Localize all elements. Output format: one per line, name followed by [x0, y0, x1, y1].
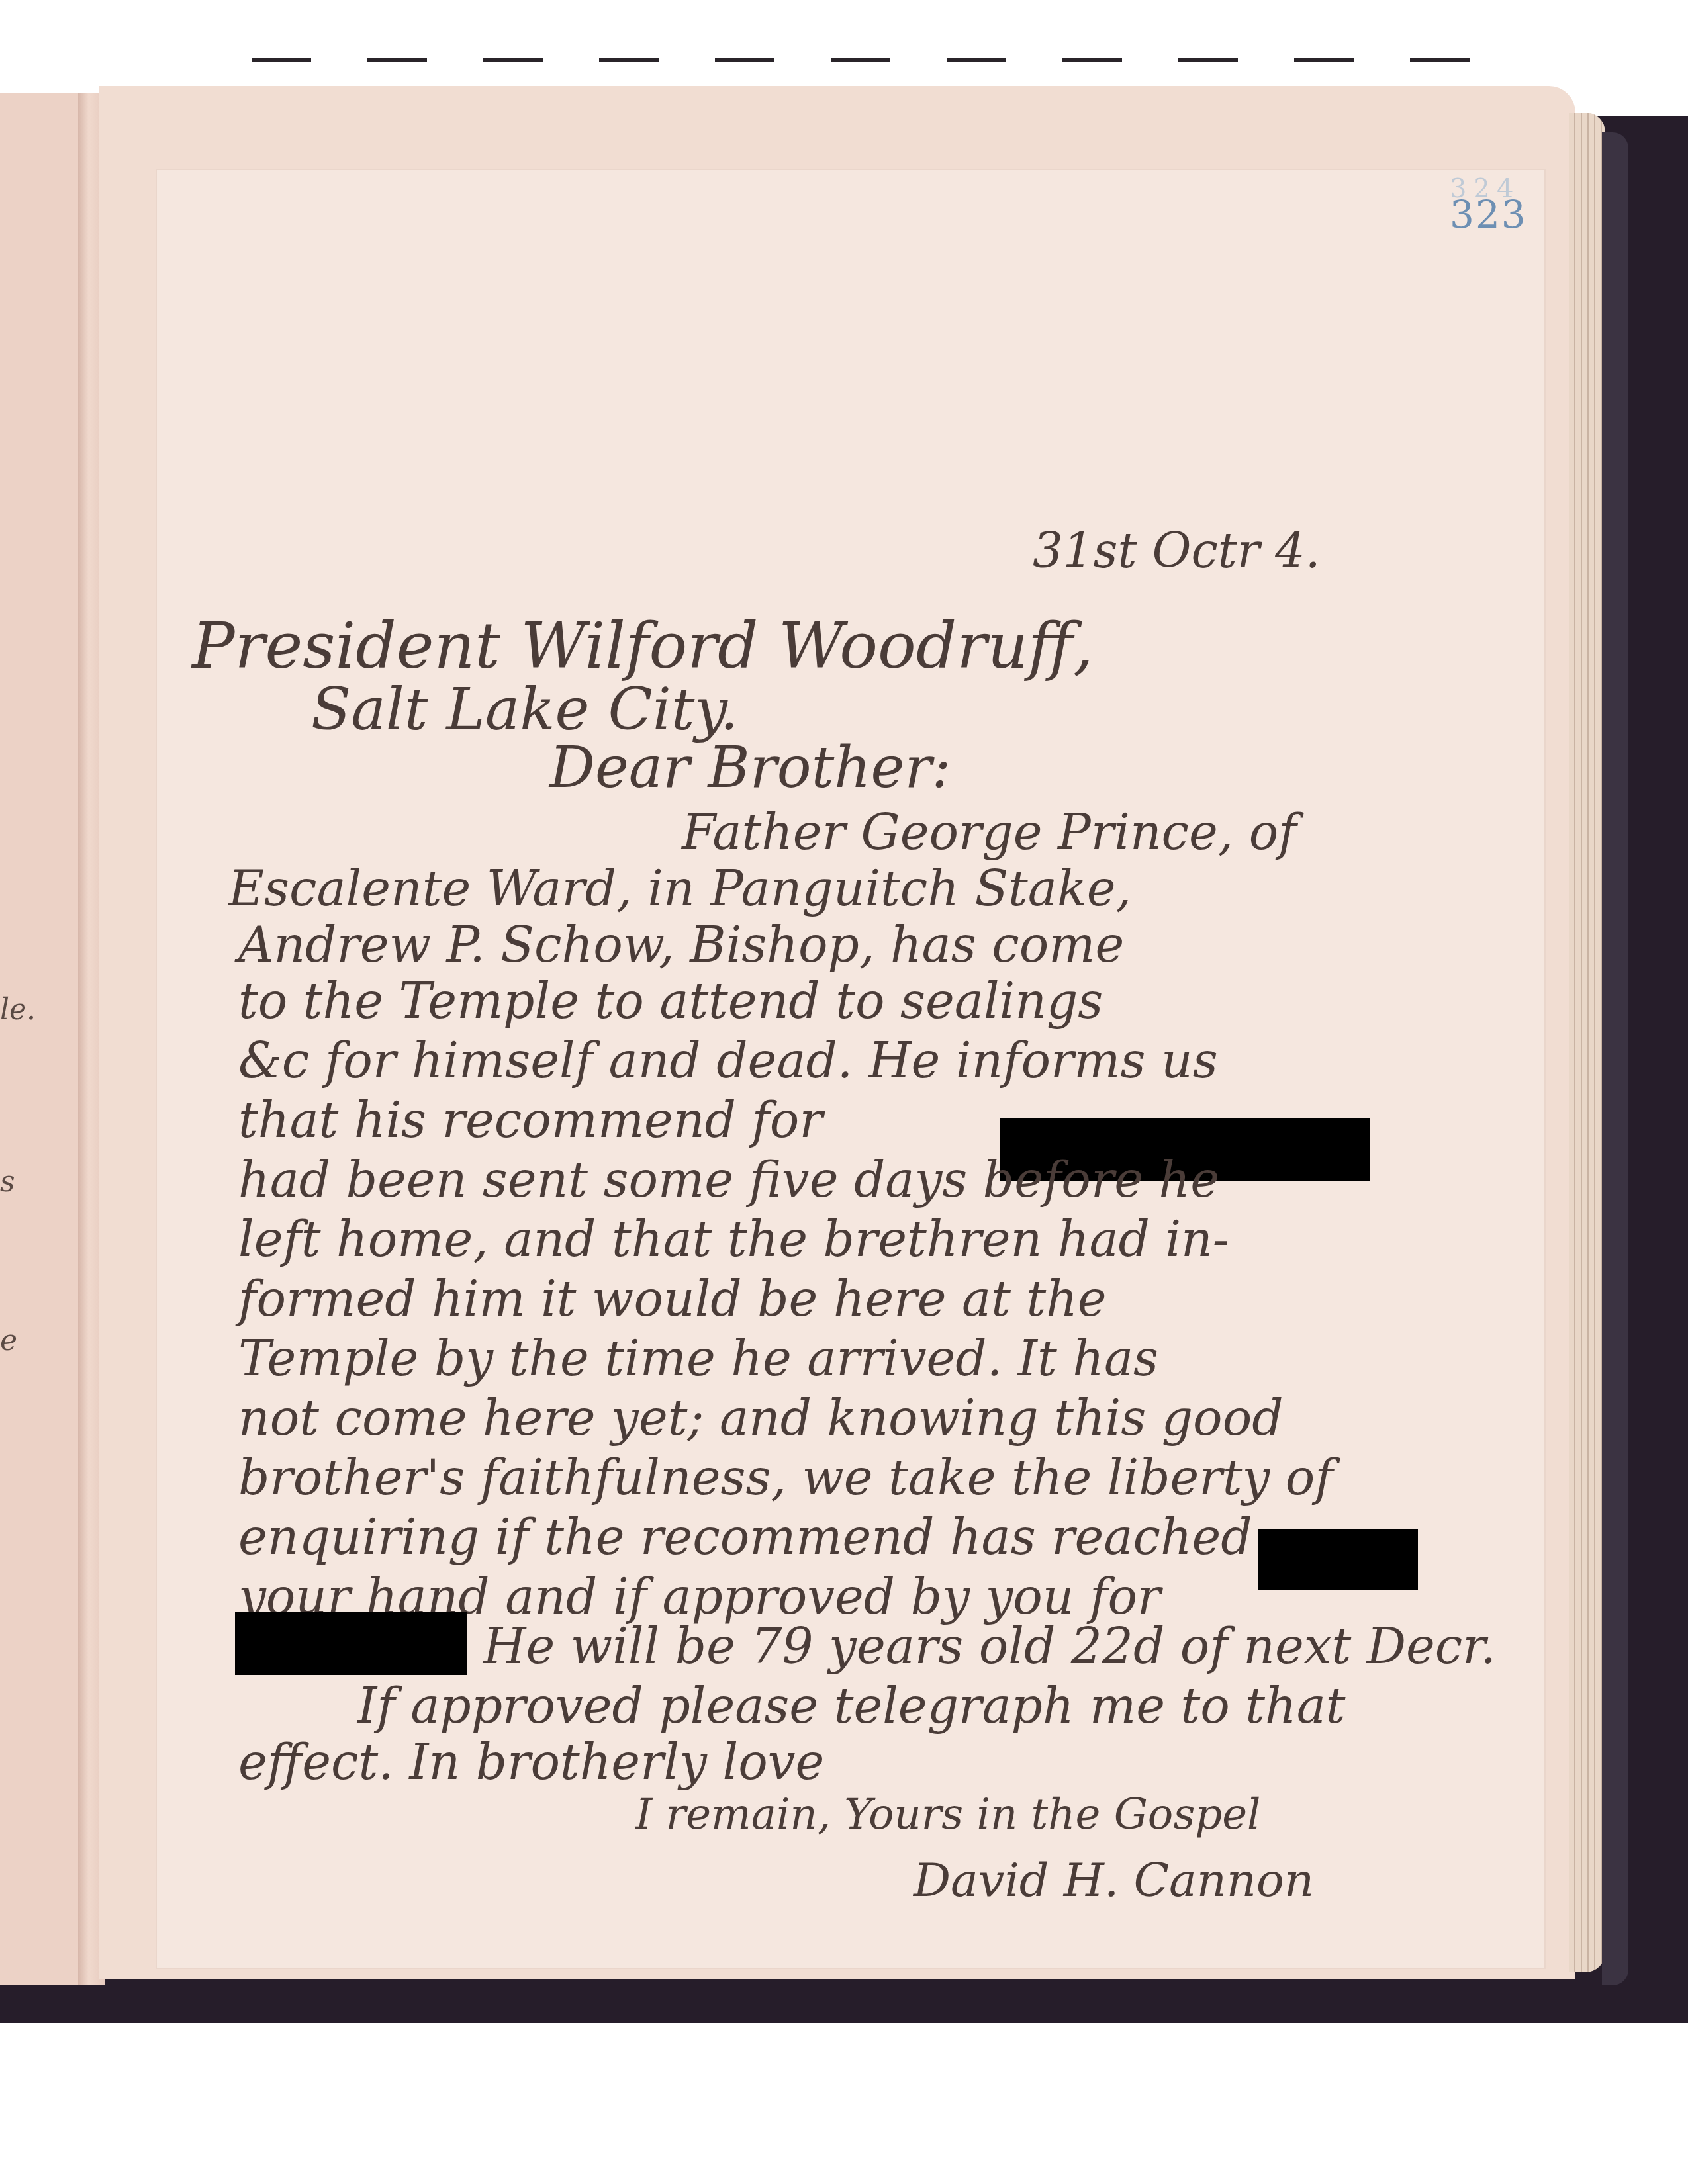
body-line: left home, and that the brethren had in-: [238, 1211, 1229, 1268]
left-page-fragment: s: [0, 1165, 15, 1199]
body-line: that his recommend for: [238, 1092, 823, 1149]
body-line: formed him it would be here at the: [238, 1271, 1107, 1328]
letter-date: 31st Octr 4.: [1033, 523, 1321, 578]
body-line: Escalente Ward, in Panguitch Stake,: [228, 860, 1131, 917]
left-page-fragment: le.: [0, 993, 36, 1026]
body-line: If approved please telegraph me to that: [357, 1678, 1346, 1735]
body-line: to the Temple to attend to sealings: [238, 973, 1103, 1030]
body-line: Temple by the time he arrived. It has: [238, 1330, 1158, 1387]
top-dashed-rule: [252, 58, 1509, 62]
body-line: He will be 79 years old 22d of next Decr…: [483, 1618, 1496, 1675]
page-number: 323: [1450, 192, 1527, 237]
page-stack: [1569, 113, 1605, 1972]
greeting: Dear Brother:: [549, 735, 951, 801]
addressee: President Wilford Woodruff,: [192, 609, 1093, 683]
body-line: brother's faithfulness, we take the libe…: [238, 1449, 1333, 1506]
left-page: le. s e: [0, 93, 78, 1985]
body-line: had been sent some five days before he: [238, 1152, 1219, 1208]
body-line: enquiring if the recommend has reached: [238, 1509, 1252, 1566]
body-line: &c for himself and dead. He informs us: [238, 1032, 1218, 1089]
body-line: effect. In brotherly love: [238, 1734, 824, 1791]
closing: I remain, Yours in the Gospel: [635, 1790, 1261, 1839]
left-page-fragment: e: [0, 1324, 17, 1357]
body-line: Andrew P. Schow, Bishop, has come: [238, 917, 1124, 974]
body-line: Father George Prince, of: [682, 804, 1297, 861]
redaction-box: [235, 1612, 467, 1675]
cover-edge: [1602, 132, 1628, 1985]
addressee-place: Salt Lake City.: [311, 675, 738, 743]
body-line: not come here yet; and knowing this good: [238, 1390, 1284, 1447]
signature: David H. Cannon: [914, 1853, 1314, 1907]
redaction-box: [1258, 1529, 1418, 1590]
